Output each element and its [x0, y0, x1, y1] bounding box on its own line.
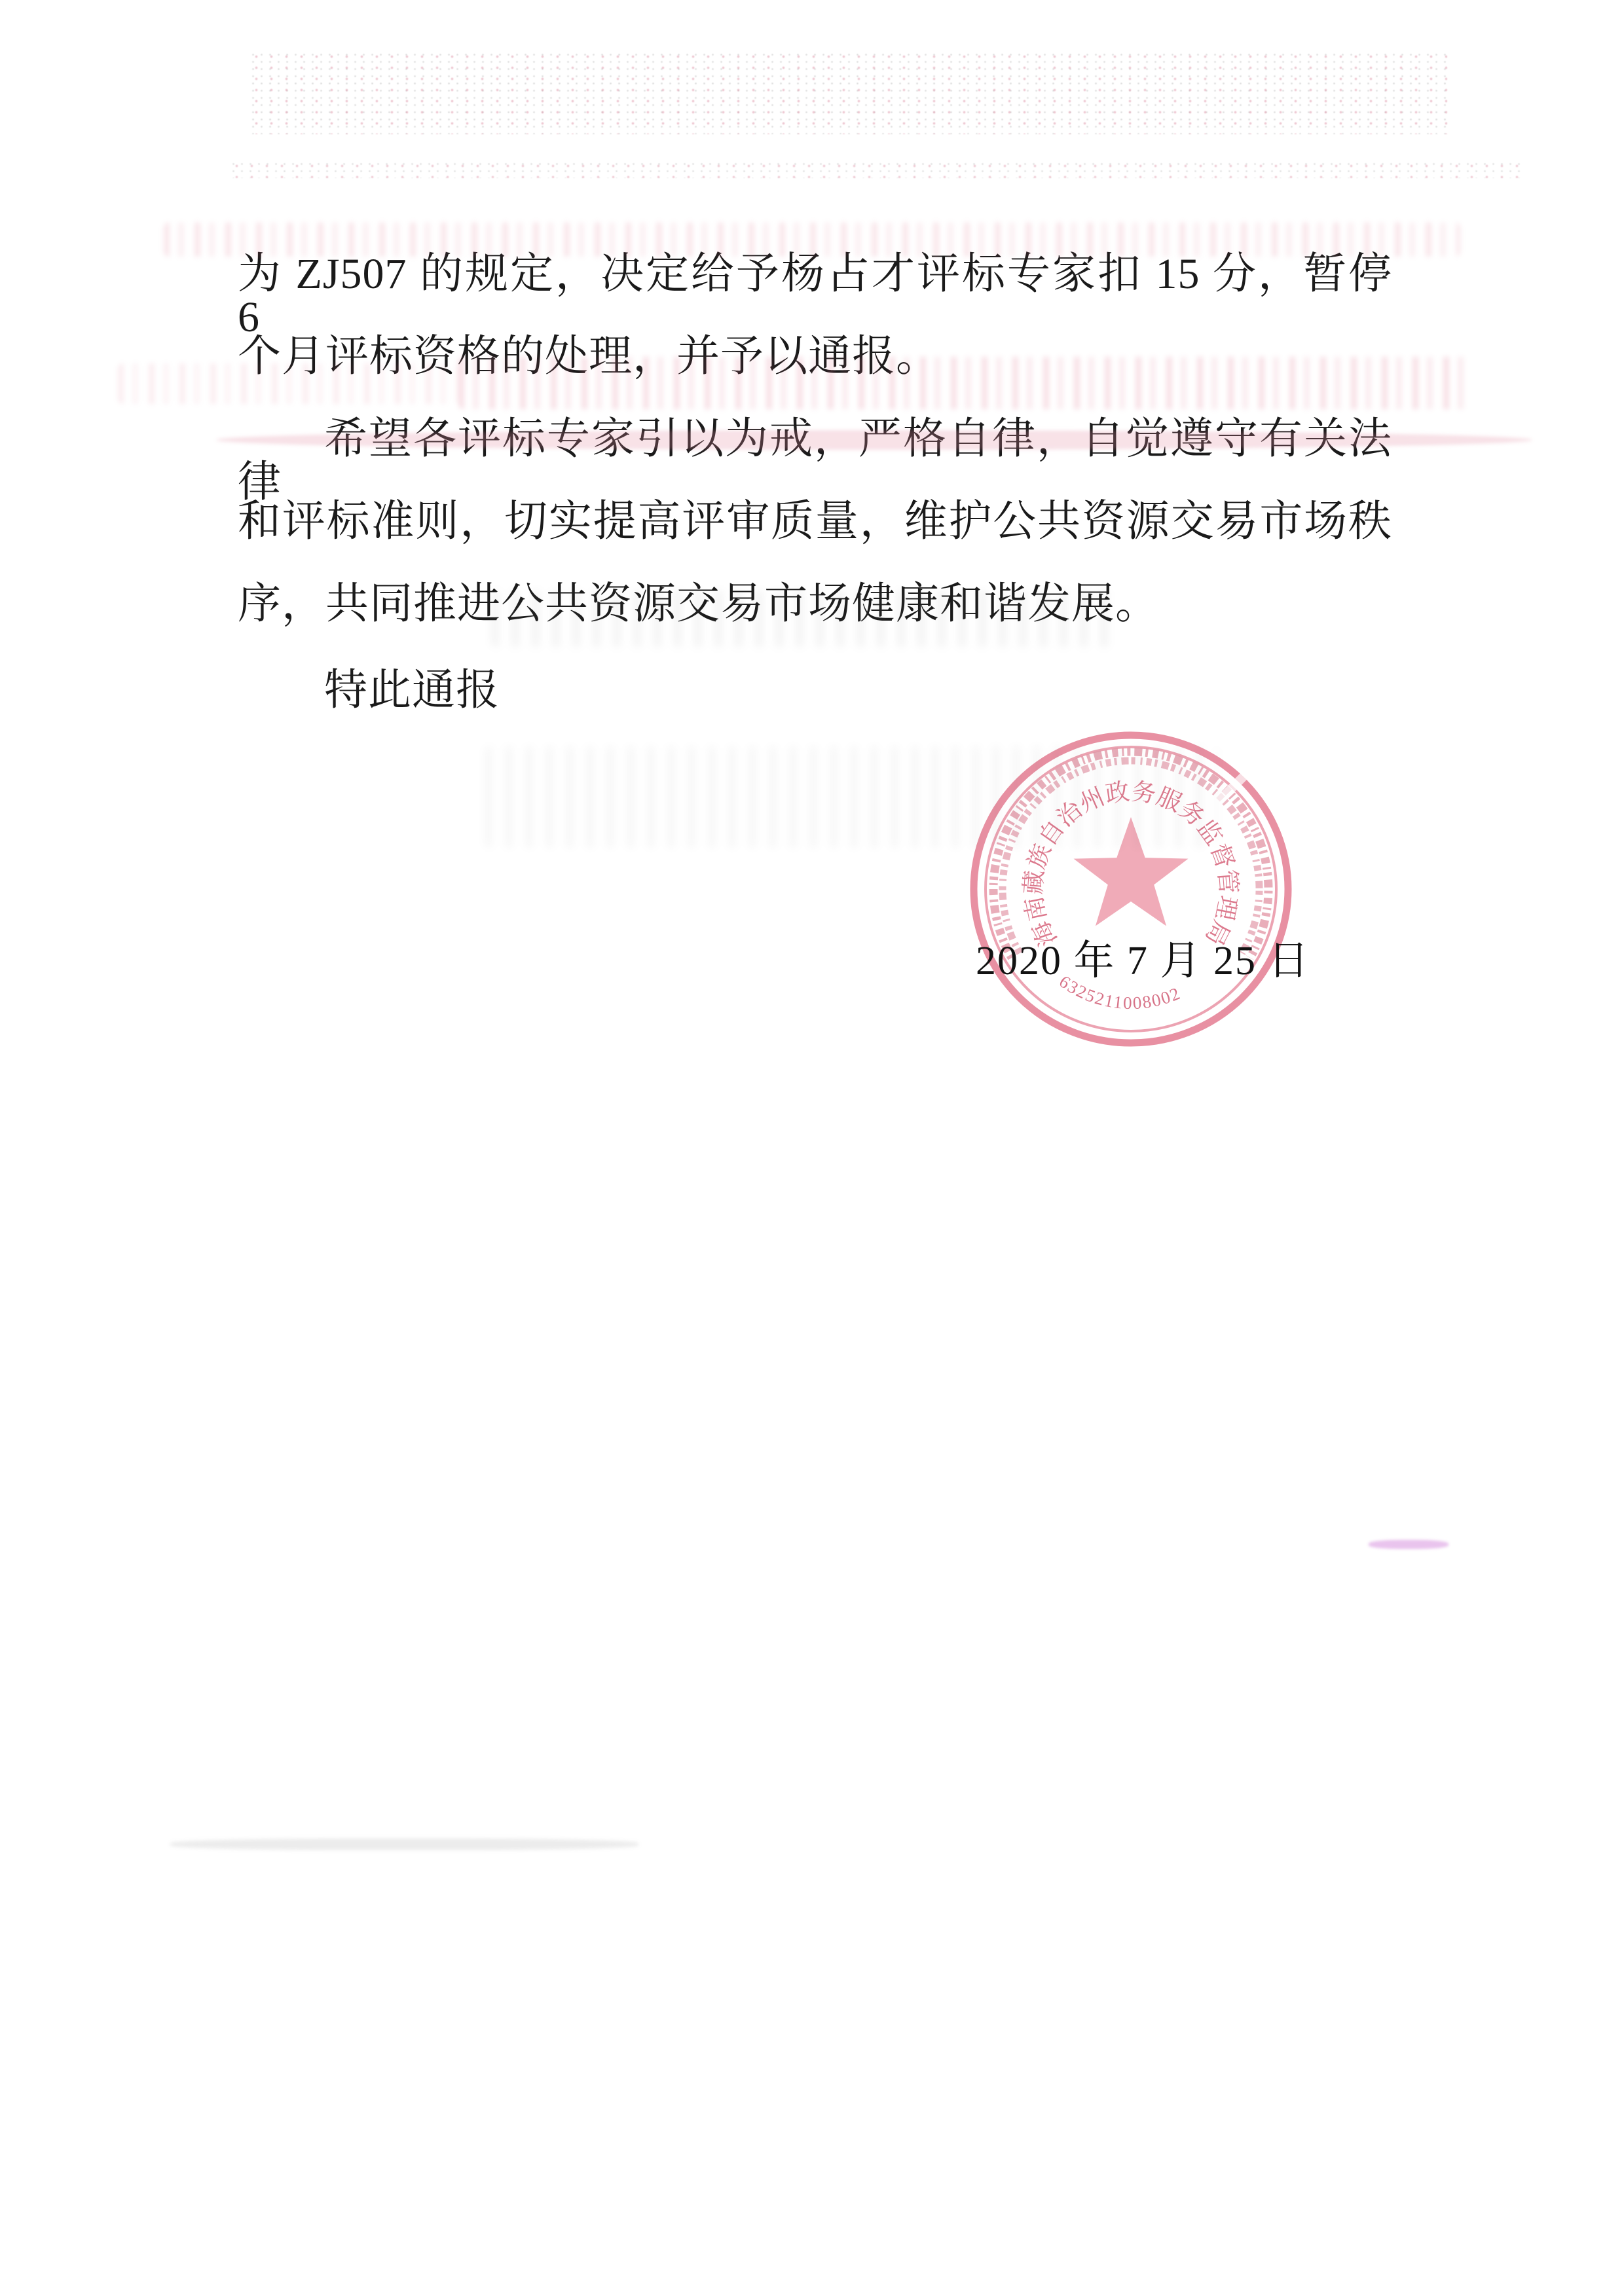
star-icon: [1074, 817, 1189, 926]
body-line-5: 序，共同推进公共资源交易市场健康和谐发展。: [238, 583, 1392, 626]
body-line-4: 和评标准则，切实提高评审质量，维护公共资源交易市场秩: [238, 500, 1392, 543]
bleed-through-artifact: [249, 51, 1447, 134]
bleed-through-artifact: [170, 1838, 638, 1850]
body-line-3: 希望各评标专家引以为戒，严格自律，自觉遵守有关法律: [238, 418, 1392, 504]
bleed-through-artifact: [1369, 1540, 1449, 1549]
issue-date: 2020 年 7 月 25 日: [976, 941, 1310, 981]
bleed-through-artifact: [229, 160, 1526, 178]
official-seal-graphic: 海南藏族自治州政务服务监督管理局 6325211008002: [961, 725, 1301, 1053]
scanned-notice-page: 为 ZJ507 的规定，决定给予杨占才评标专家扣 15 分，暂停 6 个月评标资…: [0, 0, 1624, 2296]
official-seal: 海南藏族自治州政务服务监督管理局 6325211008002: [961, 725, 1301, 1056]
body-line-6: 特此通报: [238, 669, 1392, 712]
body-line-1: 为 ZJ507 的规定，决定给予杨占才评标专家扣 15 分，暂停 6: [238, 253, 1392, 339]
body-line-2: 个月评标资格的处理，并予以通报。: [238, 335, 1392, 378]
